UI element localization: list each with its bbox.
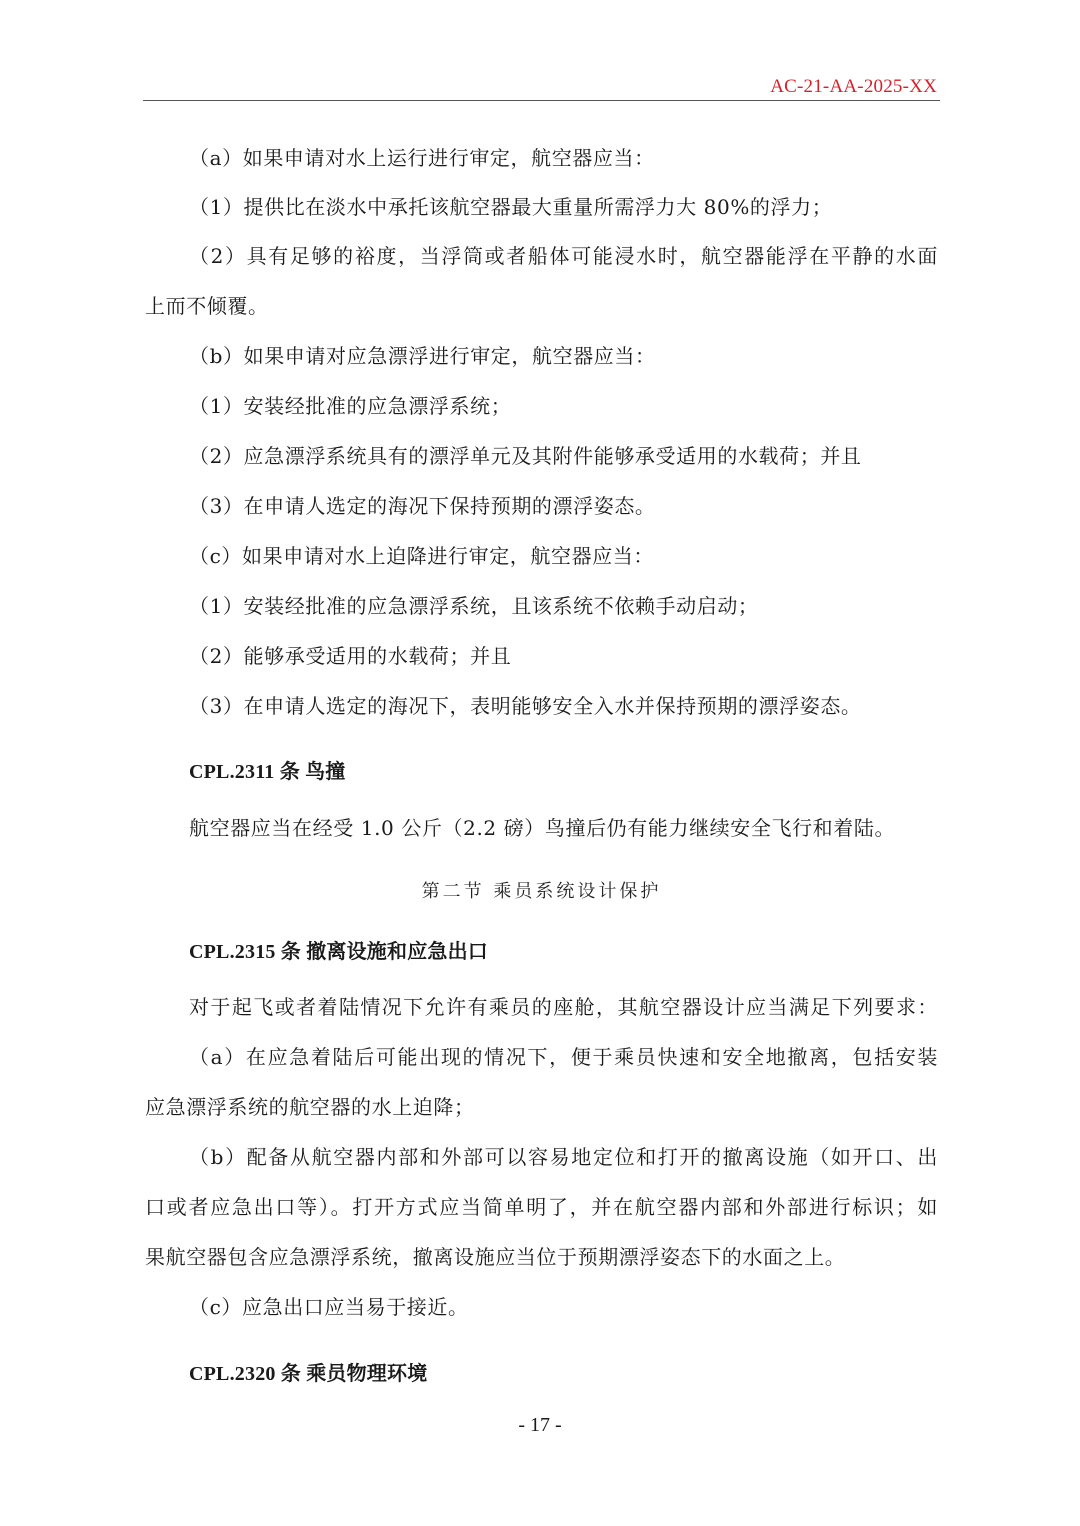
document-code: AC-21-AA-2025-XX <box>770 76 937 98</box>
cpl2315-b-line1: （b）配备从航空器内部和外部可以容易地定位和打开的撤离设施（如开口、出 <box>189 1144 938 1170</box>
cpl2315-a-line1: （a）在应急着陆后可能出现的情况下，便于乘员快速和安全地撤离，包括安装 <box>189 1044 938 1070</box>
heading-cpl2320-title: 乘员物理环境 <box>306 1361 427 1385</box>
paragraph-c-3: （3）在申请人选定的海况下，表明能够安全入水并保持预期的漂浮姿态。 <box>189 693 862 719</box>
cpl2315-c: （c）应急出口应当易于接近。 <box>189 1294 469 1320</box>
cpl2315-b-line3: 果航空器包含应急漂浮系统，撤离设施应当位于预期漂浮姿态下的水面之上。 <box>145 1244 845 1270</box>
paragraph-a: （a）如果申请对水上运行进行审定，航空器应当： <box>189 145 655 171</box>
paragraph-a-2-line1: （2）具有足够的裕度，当浮筒或者船体可能浸水时，航空器能浮在平静的水面 <box>189 243 938 269</box>
heading-cpl2320-code: CPL.2320 条 <box>189 1363 301 1385</box>
paragraph-b-1: （1）安装经批准的应急漂浮系统； <box>189 393 511 419</box>
header-divider <box>143 100 940 101</box>
paragraph-a-1: （1）提供比在淡水中承托该航空器最大重量所需浮力大 80%的浮力； <box>189 194 832 220</box>
heading-cpl2315: CPL.2315 条 撤离设施和应急出口 <box>189 938 488 965</box>
cpl2315-b-line2: 口或者应急出口等）。打开方式应当简单明了，并在航空器内部和外部进行标识；如 <box>145 1194 938 1220</box>
heading-cpl2320: CPL.2320 条 乘员物理环境 <box>189 1360 427 1387</box>
paragraph-c-1: （1）安装经批准的应急漂浮系统，且该系统不依赖手动启动； <box>189 593 759 619</box>
heading-cpl2311-title: 鸟撞 <box>305 759 345 783</box>
heading-cpl2315-title: 撤离设施和应急出口 <box>306 939 488 963</box>
page-number: - 17 - <box>0 1414 1080 1437</box>
heading-cpl2315-code: CPL.2315 条 <box>189 941 301 963</box>
paragraph-a-2-line2: 上而不倾覆。 <box>145 293 269 319</box>
cpl2311-text: 航空器应当在经受 1.0 公斤（2.2 磅）鸟撞后仍有能力继续安全飞行和着陆。 <box>189 815 895 841</box>
heading-cpl2311-code: CPL.2311 条 <box>189 761 300 783</box>
section-title: 第二节 乘员系统设计保护 <box>145 880 938 904</box>
paragraph-c: （c）如果申请对水上迫降进行审定，航空器应当： <box>189 543 654 569</box>
heading-cpl2311: CPL.2311 条 鸟撞 <box>189 758 346 785</box>
paragraph-c-2: （2）能够承受适用的水载荷；并且 <box>189 643 511 669</box>
paragraph-b-3: （3）在申请人选定的海况下保持预期的漂浮姿态。 <box>189 493 656 519</box>
cpl2315-intro: 对于起飞或者着陆情况下允许有乘员的座舱，其航空器设计应当满足下列要求： <box>189 994 938 1020</box>
paragraph-b: （b）如果申请对应急漂浮进行审定，航空器应当： <box>189 343 656 369</box>
paragraph-b-2: （2）应急漂浮系统具有的漂浮单元及其附件能够承受适用的水载荷；并且 <box>189 443 862 469</box>
cpl2315-a-line2: 应急漂浮系统的航空器的水上迫降； <box>145 1094 475 1120</box>
